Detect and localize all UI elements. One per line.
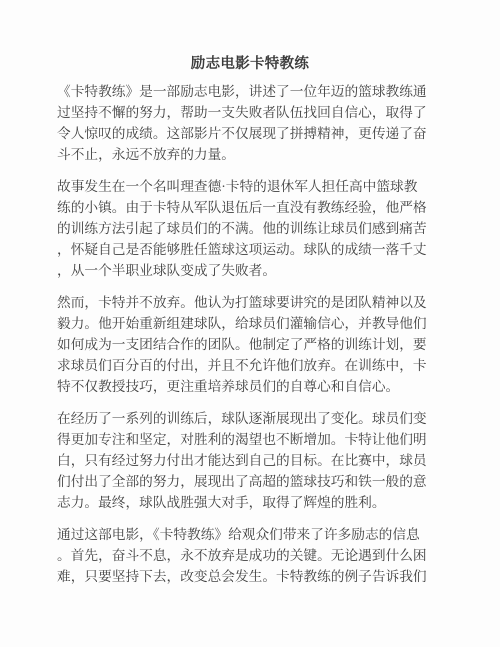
paragraph-3: 然而，卡特并不放弃。他认为打篮球要讲究的是团队精神以及 毅力。他开始重新组建球队… [57, 292, 443, 397]
text-line: 的训练方法引起了球员们的不满。他的训练让球员们感到痛苦 [57, 218, 443, 239]
text-line: 求球员们百分百的付出，并且不允许他们放弃。在训练中，卡 [57, 355, 443, 376]
text-line: 令人惊叹的成绩。这部影片不仅展现了拼搏精神，更传递了奋 [57, 123, 443, 144]
text-line: 在经历了一系列的训练后，球队逐渐展现出了变化。球员们变 [57, 408, 443, 429]
text-line: 练的小镇。由于卡特从军队退伍后一直没有教练经验，他严格 [57, 197, 443, 218]
text-line: 。首先，奋斗不息，永不放弃是成功的关键。无论遇到什么困 [57, 545, 443, 566]
text-line: 《卡特教练》是一部励志电影，讲述了一位年迈的篮球教练通 [57, 81, 443, 102]
paragraph-2: 故事发生在一个名叫理查德·卡特的退休军人担任高中篮球教 练的小镇。由于卡特从军队… [57, 176, 443, 281]
text-line: 如何成为一支团结合作的团队。他制定了严格的训练计划，要 [57, 334, 443, 355]
paragraph-4: 在经历了一系列的训练后，球队逐渐展现出了变化。球员们变 得更加专注和坚定，对胜利… [57, 408, 443, 513]
text-line: ，从一个半职业球队变成了失败者。 [57, 260, 443, 281]
text-line: 故事发生在一个名叫理查德·卡特的退休军人担任高中篮球教 [57, 176, 443, 197]
text-line: 通过这部电影，《卡特教练》给观众们带来了许多励志的信息 [57, 524, 443, 545]
text-line: 然而，卡特并不放弃。他认为打篮球要讲究的是团队精神以及 [57, 292, 443, 313]
document-page: 励志电影卡特教练 《卡特教练》是一部励志电影，讲述了一位年迈的篮球教练通 过坚持… [0, 0, 500, 647]
paragraph-1: 《卡特教练》是一部励志电影，讲述了一位年迈的篮球教练通 过坚持不懈的努力，帮助一… [57, 81, 443, 165]
text-line: 斗不止，永远不放弃的力量。 [57, 144, 443, 165]
document-title: 励志电影卡特教练 [57, 54, 443, 75]
text-line: ，怀疑自己是否能够胜任篮球这项运动。球队的成绩一落千丈 [57, 239, 443, 260]
text-line: 特不仅教授技巧，更注重培养球员们的自尊心和自信心。 [57, 376, 443, 397]
text-line: 得更加专注和坚定，对胜利的渴望也不断增加。卡特让他们明 [57, 429, 443, 450]
text-line: 毅力。他开始重新组建球队，给球员们灌输信心，并教导他们 [57, 313, 443, 334]
text-line: 志力。最终，球队战胜强大对手，取得了辉煌的胜利。 [57, 492, 443, 513]
text-line: 难，只要坚持下去，改变总会发生。卡特教练的例子告诉我们 [57, 566, 443, 587]
text-line: 过坚持不懈的努力，帮助一支失败者队伍找回自信心，取得了 [57, 102, 443, 123]
paragraph-5: 通过这部电影，《卡特教练》给观众们带来了许多励志的信息 。首先，奋斗不息，永不放… [57, 524, 443, 587]
text-line: 们付出了全部的努力，展现出了高超的篮球技巧和铁一般的意 [57, 471, 443, 492]
document-content: 励志电影卡特教练 《卡特教练》是一部励志电影，讲述了一位年迈的篮球教练通 过坚持… [0, 0, 500, 587]
text-line: 白，只有经过努力付出才能达到自己的目标。在比赛中，球员 [57, 450, 443, 471]
